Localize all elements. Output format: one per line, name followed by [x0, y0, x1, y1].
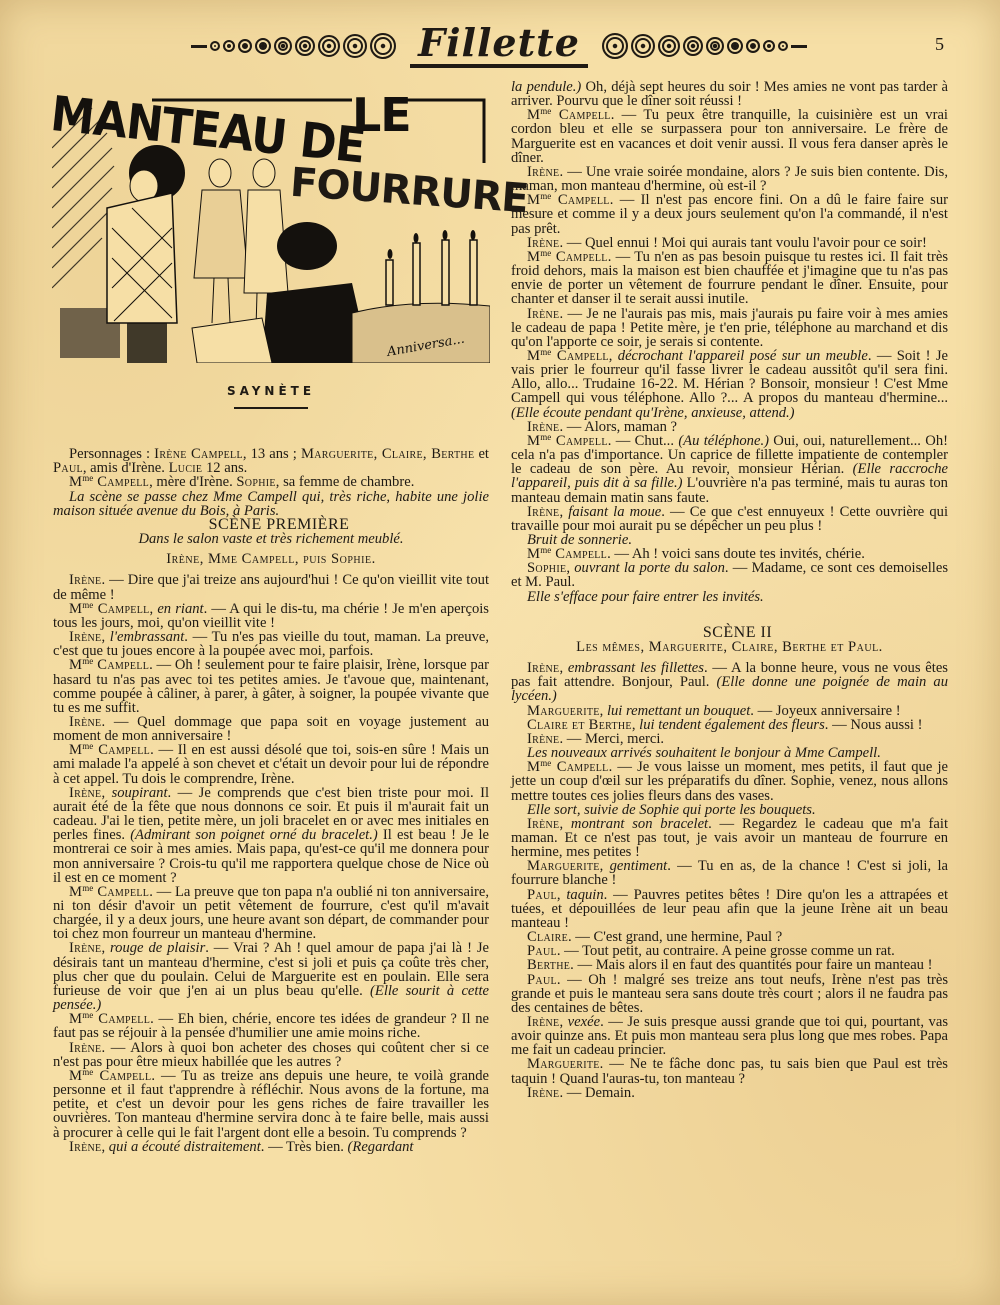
dialogue-text: Dire que j'ai treize ans aujourd'hui ! C… [53, 572, 489, 602]
dialogue-line: Irène. — Demain. [511, 1086, 948, 1100]
dialogue-text: Je ne l'aurais pas mis, mais j'aurais pu… [511, 306, 948, 350]
dialogue-text: Nous aussi ! [850, 717, 922, 733]
speaker-title-sup: me [540, 347, 551, 357]
ornament-ring [727, 38, 743, 54]
dialogue-line: Irène. — Une vraie soirée mondaine, alor… [511, 165, 948, 193]
dialogue-line: Mme Campell, décrochant l'appareil posé … [511, 349, 948, 420]
speaker-title-sup: me [82, 656, 93, 666]
page-number: 5 [935, 34, 944, 55]
dialogue-line: Mme Campell. — Eh bien, chérie, encore t… [53, 1012, 489, 1040]
ornament-ring [763, 40, 775, 52]
dialogue-line: Claire et Berthe, lui tendent également … [511, 718, 948, 732]
dialogue-line: Mme Campell, en riant. — A qui le dis-tu… [53, 602, 489, 630]
illustration-title-le: LE [352, 88, 411, 142]
scene-1-cast: Irène, Mme Campell, puis Sophie. [53, 552, 489, 566]
ornament-ring [210, 41, 220, 51]
dialogue-line: Mme Campell. — La preuve que ton papa n'… [53, 885, 489, 942]
ornament-left [191, 33, 396, 59]
dialogue-line: Mme Campell. — Chut... (Au téléphone.) O… [511, 434, 948, 505]
ornament-ring [274, 37, 292, 55]
dialogue-line: Mme Campell. — Je vous laisse un moment,… [511, 760, 948, 802]
dialogue-line: la pendule.) Oh, déjà sept heures du soi… [511, 80, 948, 108]
dialogue-line: Irène, vexée. — Je suis presque aussi gr… [511, 1015, 948, 1057]
ornament-ring [658, 35, 680, 57]
ornament-ring [706, 37, 724, 55]
ornament-ring [631, 34, 655, 58]
dialogue-line: Irène, rouge de plaisir. — Vrai ? Ah ! q… [53, 941, 489, 1012]
dialogue-line: Claire. — C'est grand, une hermine, Paul… [511, 930, 948, 944]
dialogue-text: Quel dommage que papa soit en voyage jus… [53, 714, 489, 744]
dialogue-line: Elle s'efface pour faire entrer les invi… [511, 590, 948, 604]
character-detail: , 13 ans ; [243, 446, 301, 462]
dialogue-text: Très bien. [286, 1139, 344, 1155]
characters-list: Personnages : Irène Campell, 13 ans ; Ma… [53, 447, 489, 475]
dialogue-left: Irène. — Dire que j'ai treize ans aujour… [53, 573, 489, 1153]
dialogue-text: Alors à quoi bon acheter des choses qui … [53, 1040, 489, 1070]
left-column: SAYNÈTE Personnages : Irène Campell, 13 … [53, 384, 489, 1154]
ornament-ring [318, 35, 340, 57]
dialogue-line: Irène, embrassant les fillettes. — A la … [511, 661, 948, 703]
ornament-ring [238, 39, 252, 53]
character-detail: et [474, 446, 489, 462]
dialogue-line: Mme Campell. — Tu as treize ans depuis u… [53, 1069, 489, 1140]
dialogue-line: Mme Campell. — Oh ! seulement pour te fa… [53, 658, 489, 715]
dialogue-line: Irène. — Dire que j'ai treize ans aujour… [53, 573, 489, 601]
divider-rule [234, 407, 308, 409]
dialogue-line: Irène. — Quel dommage que papa soit en v… [53, 715, 489, 743]
dialogue-line: Irène, qui a écouté distraitement. — Trè… [53, 1140, 489, 1154]
title-illustration: Anniversa... MANTEAU DE LE FOURRURE [52, 78, 490, 363]
dialogue-line: Irène, faisant la moue. — Ce que c'est e… [511, 505, 948, 533]
stage-direction: Elle s'efface pour faire entrer les invi… [527, 589, 764, 605]
ornament-ring [602, 33, 628, 59]
dialogue-line: Irène. — Alors à quoi bon acheter des ch… [53, 1041, 489, 1069]
dialogue-line: Irène, l'embrassant. — Tu n'es pas vieil… [53, 630, 489, 658]
speaker-title-sup: me [82, 1067, 93, 1077]
right-column: la pendule.) Oh, déjà sept heures du soi… [511, 80, 948, 1100]
dialogue-line: Marguerite. — Ne te fâche donc pas, tu s… [511, 1057, 948, 1085]
dialogue-line: Irène. — Quel ennui ! Moi qui aurais tan… [511, 236, 948, 250]
speaker-direction: lui tendent également des fleurs [639, 717, 825, 733]
scene-1-title: SCÈNE PREMIÈRE [53, 518, 489, 532]
scene-setting: La scène se passe chez Mme Campell qui, … [53, 490, 489, 518]
speaker-title-sup: me [540, 432, 551, 442]
genre-label: SAYNÈTE [53, 384, 489, 398]
ornament-ring [295, 36, 315, 56]
speaker-title-sup: me [540, 191, 551, 201]
ornament-dash [191, 45, 207, 48]
ornament-ring [255, 38, 271, 54]
speaker-direction: gentiment [610, 858, 668, 874]
dialogue-line: Mme Campell. — Tu n'en as pas besoin pui… [511, 250, 948, 307]
dialogue-text: Oh ! malgré ses treize ans tout neufs, I… [511, 972, 948, 1016]
dialogue-line: Paul. — Oh ! malgré ses treize ans tout … [511, 973, 948, 1015]
scene-2-cast: Les mêmes, Marguerite, Claire, Berthe et… [511, 640, 948, 654]
dialogue-line: Irène, montrant son bracelet. — Regardez… [511, 817, 948, 859]
speaker-title-sup: me [82, 883, 93, 893]
ornament-ring [343, 34, 367, 58]
dialogue-line: Mme Campell. — Il n'est pas encore fini.… [511, 193, 948, 235]
dialogue-right-scene-1: la pendule.) Oh, déjà sept heures du soi… [511, 80, 948, 604]
dialogue-line: Mme Campell. — Tu peux être tranquille, … [511, 108, 948, 165]
speaker-title-sup: me [82, 741, 93, 751]
speaker-name: Irène [69, 1139, 101, 1155]
dialogue-line: Sophie, ouvrant la porte du salon. — Mad… [511, 561, 948, 589]
ornament-ring [778, 41, 788, 51]
dialogue-line: Mme Campell. — Il en est aussi désolé qu… [53, 743, 489, 785]
dialogue-line: Paul, taquin. — Pauvres petites bêtes ! … [511, 888, 948, 930]
dialogue-right-scene-2: Irène, embrassant les fillettes. — A la … [511, 661, 948, 1100]
ornament-dash [791, 45, 807, 48]
dialogue-line: Elle sort, suivie de Sophie qui porte le… [511, 803, 948, 817]
character-name: Marguerite, Claire, Berthe [301, 446, 474, 462]
dialogue-line: Irène. — Je ne l'aurais pas mis, mais j'… [511, 307, 948, 349]
dialogue-line: Paul. — Tout petit, au contraire. A pein… [511, 944, 948, 958]
speaker-direction: ouvrant la porte du salon [574, 560, 725, 576]
characters-list-2: Mme Campell, mère d'Irène. Sophie, sa fe… [53, 475, 489, 489]
dialogue-line: Irène. — Merci, merci. [511, 732, 948, 746]
dialogue-line: Irène, soupirant. — Je comprends que c'e… [53, 786, 489, 885]
aside: (Regardant [344, 1139, 414, 1155]
ornament-ring [746, 39, 760, 53]
ornament-ring [683, 36, 703, 56]
speaker-title-sup: me [82, 1010, 93, 1020]
dialogue-text: Une vraie soirée mondaine, alors ? Je su… [511, 164, 948, 194]
masthead: Fillette [88, 26, 910, 66]
dialogue-line: Mme Campell. — Ah ! voici sans doute tes… [511, 547, 948, 561]
dialogue-line: Marguerite, lui remettant un bouquet. — … [511, 704, 948, 718]
dialogue-text: Demain. [585, 1085, 635, 1101]
speaker-name: Irène [527, 1085, 559, 1101]
speaker-title-sup: me [540, 545, 551, 555]
ornament-right [602, 33, 807, 59]
scene-1-stage-direction: Dans le salon vaste et très richement me… [53, 532, 489, 546]
dialogue-line: Irène. — Alors, maman ? [511, 420, 948, 434]
dialogue-line: Berthe. — Mais alors il en faut des quan… [511, 958, 948, 972]
scene-2-title: SCÈNE II [511, 626, 948, 640]
speaker-title-sup: me [82, 600, 93, 610]
speaker-direction: qui a écouté distraitement [109, 1139, 261, 1155]
magazine-brand: Fillette [410, 24, 588, 68]
ornament-ring [370, 33, 396, 59]
speaker-title-sup: me [540, 758, 551, 768]
ornament-ring [223, 40, 235, 52]
speaker-title-sup: me [540, 248, 551, 258]
dialogue-line: Marguerite, gentiment. — Tu en as, de la… [511, 859, 948, 887]
speaker-title-sup: me [540, 106, 551, 116]
